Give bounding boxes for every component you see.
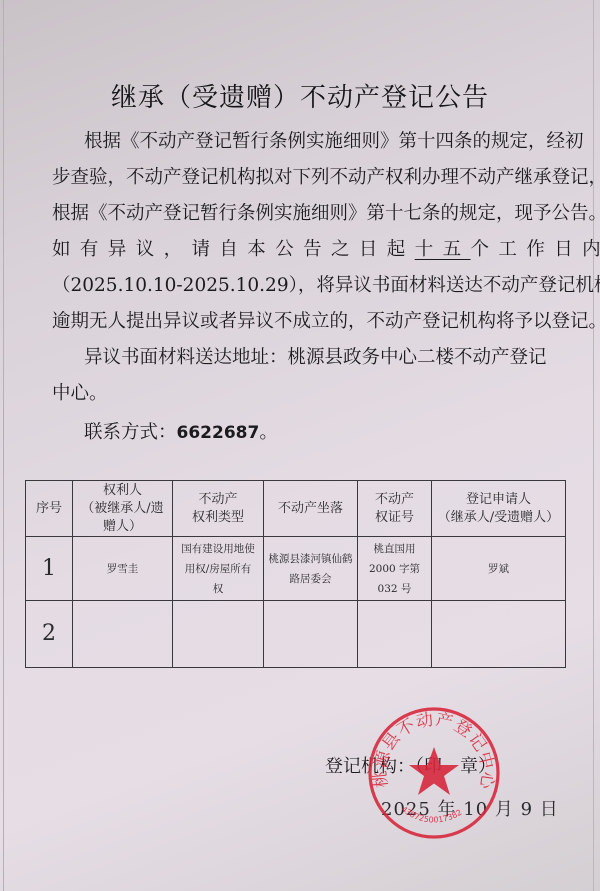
paragraph-basis-line1: 根据《不动产登记暂行条例实施细则》第十四条的规定，经初 bbox=[84, 127, 584, 153]
contact-number: 6622687 bbox=[177, 423, 260, 443]
cell-holder bbox=[73, 601, 173, 668]
cell-cert-number: 桃直国用 2000 字第 032 号 bbox=[358, 537, 432, 601]
cell-index: 1 bbox=[26, 537, 73, 601]
seal-ring-text: 桃源县不动产登记中心 bbox=[370, 710, 497, 791]
paragraph-objection-line1: 如有异议，请自本公告之日起十五个工作日内 bbox=[52, 235, 600, 261]
paragraph-objection-line2: （2025.10.10-2025.10.29），将异议书面材料送达不动产登记机构… bbox=[52, 271, 600, 297]
cell-holder: 罗雪圭 bbox=[73, 537, 173, 601]
cell-location bbox=[264, 601, 358, 668]
header-location: 不动产坐落 bbox=[264, 481, 358, 537]
table-row: 2 bbox=[26, 601, 566, 668]
contact-end: 。 bbox=[259, 422, 278, 443]
table-header-row: 序号 权利人 （被继承人/遗 赠人） 不动产 权利类型 不动产坐落 不动产 权证… bbox=[26, 481, 566, 537]
header-index: 序号 bbox=[26, 481, 73, 537]
cell-applicant bbox=[432, 601, 566, 668]
cell-cert-number bbox=[358, 601, 432, 668]
contact-label: 联系方式： bbox=[84, 422, 177, 443]
paragraph-address-line2: 中心。 bbox=[52, 379, 108, 405]
header-cert-number: 不动产 权证号 bbox=[358, 481, 432, 537]
paragraph-basis-line3: 根据《不动产登记暂行条例实施细则》第十七条的规定，现予公告。 bbox=[52, 199, 600, 225]
cell-right-type: 国有建设用地使 用权/房屋所有 权 bbox=[173, 537, 264, 601]
header-applicant: 登记申请人 （继承人/受遗赠人） bbox=[432, 481, 566, 537]
signature-date: 2025 年 10 月 9 日 bbox=[381, 795, 559, 821]
header-holder: 权利人 （被继承人/遗 赠人） bbox=[73, 481, 173, 537]
objection-text-pre: 如有异议，请自本公告之日起 bbox=[52, 239, 415, 260]
registration-authority-label: 登记机构：（印 章） bbox=[325, 752, 496, 778]
header-right-type: 不动产 权利类型 bbox=[173, 481, 264, 537]
table-row: 1 罗雪圭 国有建设用地使 用权/房屋所有 权 桃源县漆河镇仙鹤 路居委会 桃直… bbox=[26, 537, 566, 601]
objection-days: 十五 bbox=[415, 239, 471, 260]
cell-index: 2 bbox=[26, 601, 73, 668]
cell-location: 桃源县漆河镇仙鹤 路居委会 bbox=[264, 537, 358, 601]
objection-text-post: 个工作日内 bbox=[471, 239, 600, 260]
registration-table: 序号 权利人 （被继承人/遗 赠人） 不动产 权利类型 不动产坐落 不动产 权证… bbox=[25, 480, 566, 668]
cell-applicant: 罗斌 bbox=[432, 537, 566, 601]
contact-line: 联系方式：6622687。 bbox=[84, 418, 278, 444]
paragraph-objection-line3: 逾期无人提出异议或者异议不成立的，不动产登记机构将予以登记。 bbox=[52, 307, 600, 333]
page-title: 继承（受遗赠）不动产登记公告 bbox=[0, 77, 600, 114]
cell-right-type bbox=[173, 601, 264, 668]
paragraph-address-line1: 异议书面材料送达地址：桃源县政务中心二楼不动产登记 bbox=[84, 343, 547, 369]
paragraph-basis-line2: 步查验，不动产登记机构拟对下列不动产权利办理不动产继承登记， bbox=[52, 163, 600, 189]
